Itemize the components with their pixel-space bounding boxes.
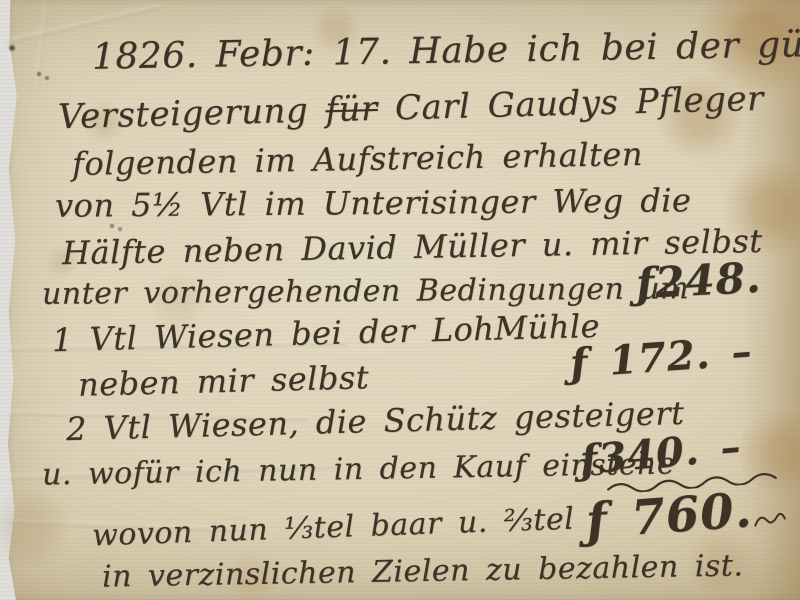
handwriting-line: von 5½ Vtl im Unterisinger Weg die — [55, 181, 692, 225]
flourish-mark — [750, 504, 789, 539]
flourish-path — [754, 513, 785, 525]
amount-guilder-248: ƒ248. — [635, 253, 763, 308]
line-segment: Versteigerung — [58, 90, 326, 137]
handwriting-line: neben mir selbst — [78, 358, 370, 404]
total-amount-guilder-760: ƒ 760. — [584, 482, 754, 549]
handwriting-line: unter vorhergehenden Bedingungen um — [42, 271, 689, 312]
struck-out-word: für — [325, 89, 378, 130]
scanned-manuscript-page: 1826. Febr: 17. Habe ich bei der güter V… — [0, 0, 800, 600]
